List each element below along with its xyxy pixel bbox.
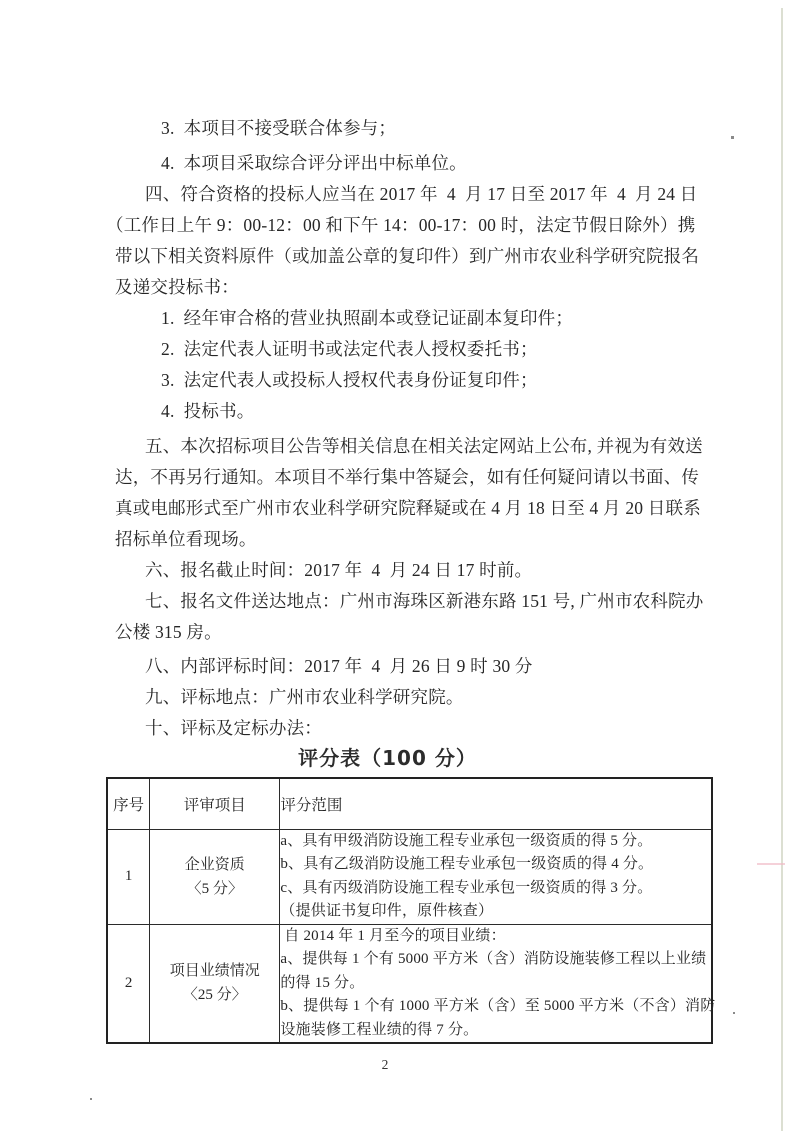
row1-item: 企业资质 〈5 分〉 [150,829,280,924]
item-name: 项目业绩情况 [150,959,279,983]
doc-line: 带以下相关资料原件（或加盖公章的复印件）到广州市农业科学研究院报名 [0,241,800,272]
document-body: 3. 本项目不接受联合体参与； 4. 本项目采取综合评分评出中标单位。 四、符合… [0,113,800,744]
criteria-line: c、具有丙级消防设施工程专业承包一级资质的得 3 分。 [280,877,711,901]
page-number: 2 [0,1057,770,1073]
header-item: 评审项目 [150,778,280,829]
score-table: 序号 评审项目 评分范围 1 企业资质 〈5 分〉 a、具有甲级消防设施工程专业… [106,777,713,1044]
criteria-line: 设施装修工程业绩的得 7 分。 [280,1019,711,1043]
doc-line: 十、评标及定标办法： [0,713,800,744]
doc-line: 达，不再另行通知。本项目不举行集中答疑会，如有任何疑问请以书面、传 [0,462,800,493]
doc-line: 公楼 315 房。 [0,617,800,648]
criteria-line: （提供证书复印件，原件核查） [280,900,711,924]
doc-line: 七、报名文件送达地点：广州市海珠区新港东路 151 号, 广州市农科院办 [0,586,800,617]
doc-line: 4. 投标书。 [0,396,800,427]
row1-seq: 1 [107,829,150,924]
criteria-line: 的得 15 分。 [280,972,711,996]
criteria-line: b、提供每 1 个有 1000 平方米（含）至 5000 平方米（不含）消防 [280,995,711,1019]
table-row: 1 企业资质 〈5 分〉 a、具有甲级消防设施工程专业承包一级资质的得 5 分。… [107,829,712,924]
item-score: 〈25 分〉 [150,983,279,1007]
doc-line: 4. 本项目采取综合评分评出中标单位。 [0,148,800,179]
criteria-line: a、具有甲级消防设施工程专业承包一级资质的得 5 分。 [280,830,711,854]
criteria-line: a、提供每 1 个有 5000 平方米（含）消防设施装修工程以上业绩 [280,948,711,972]
scan-speck [90,1098,92,1100]
doc-line: 六、报名截止时间：2017 年 4 月 24 日 17 时前。 [0,555,800,586]
doc-line: 3. 本项目不接受联合体参与； [0,113,800,144]
item-score: 〈5 分〉 [150,877,279,901]
row1-criteria: a、具有甲级消防设施工程专业承包一级资质的得 5 分。 b、具有乙级消防设施工程… [280,829,712,924]
doc-line: （工作日上午 9：00-12：00 和下午 14：00-17：00 时，法定节假… [0,210,800,241]
doc-line: 九、评标地点：广州市农业科学研究院。 [0,682,800,713]
header-seq: 序号 [107,778,150,829]
row2-seq: 2 [107,924,150,1043]
score-table-header-row: 序号 评审项目 评分范围 [107,778,712,829]
doc-line: 真或电邮形式至广州市农业科学研究院释疑或在 4 月 18 日至 4 月 20 日… [0,493,800,524]
doc-line: 五、本次招标项目公告等相关信息在相关法定网站上公布, 并视为有效送 [0,431,800,462]
doc-line: 1. 经年审合格的营业执照副本或登记证副本复印件； [0,303,800,334]
score-table-title: 评分表（100 分） [106,742,669,771]
item-name: 企业资质 [150,853,279,877]
doc-line: 2. 法定代表人证明书或法定代表人授权委托书； [0,334,800,365]
doc-line: 及递交投标书： [0,272,800,303]
doc-line: 招标单位看现场。 [0,524,800,555]
doc-line: 3. 法定代表人或投标人授权代表身份证复印件； [0,365,800,396]
row2-criteria: 自 2014 年 1 月至今的项目业绩： a、提供每 1 个有 5000 平方米… [280,924,712,1043]
scan-pink-mark [757,863,785,865]
scanned-document-page: 3. 本项目不接受联合体参与； 4. 本项目采取综合评分评出中标单位。 四、符合… [0,0,800,1131]
doc-line: 八、内部评标时间：2017 年 4 月 26 日 9 时 30 分 [0,651,800,682]
scan-speck [733,1012,735,1014]
row2-item: 项目业绩情况 〈25 分〉 [150,924,280,1043]
criteria-line: 自 2014 年 1 月至今的项目业绩： [280,925,711,949]
table-row: 2 项目业绩情况 〈25 分〉 自 2014 年 1 月至今的项目业绩： a、提… [107,924,712,1043]
header-criteria: 评分范围 [280,778,712,829]
criteria-line: b、具有乙级消防设施工程专业承包一级资质的得 4 分。 [280,853,711,877]
doc-line: 四、符合资格的投标人应当在 2017 年 4 月 17 日至 2017 年 4 … [0,179,800,210]
